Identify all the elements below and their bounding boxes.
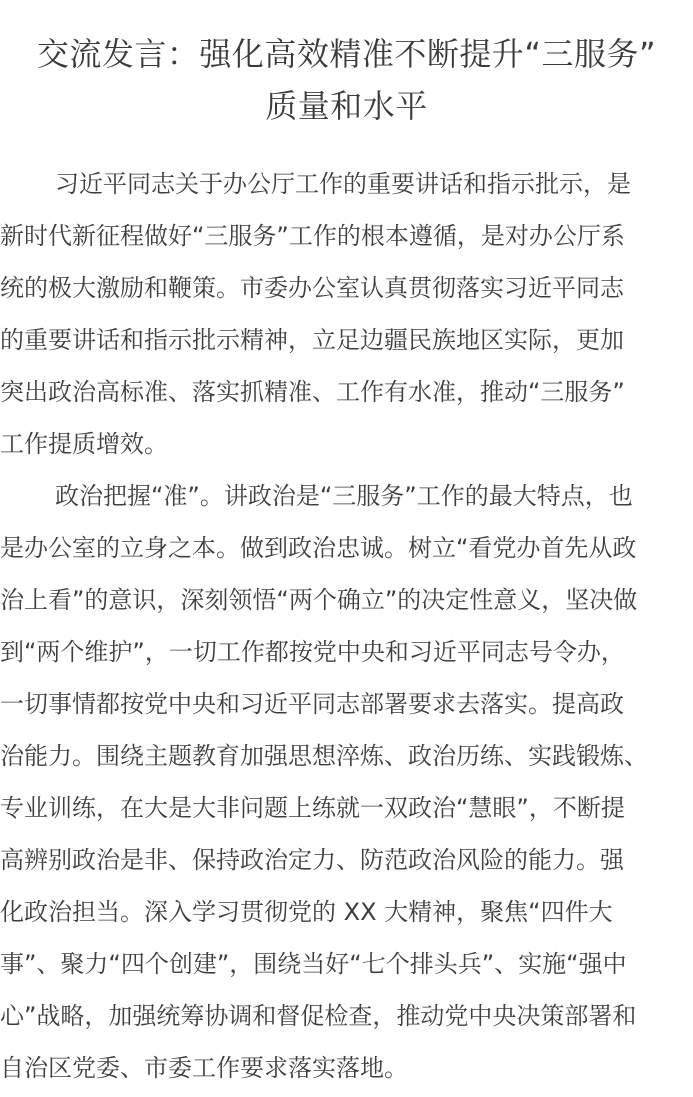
text-line: 高辨别政治是非、保持政治定力、防范政治风险的能力。强 [0, 834, 693, 886]
text-line: 的重要讲话和指示批示精神，立足边疆民族地区实际，更加 [0, 314, 693, 366]
text-line: 工作提质增效。 [0, 418, 693, 470]
text-line: 治能力。围绕主题教育加强思想淬炼、政治历练、实践锻炼、 [0, 730, 693, 782]
text-line: 一切事情都按党中央和习近平同志部署要求去落实。提高政 [0, 678, 693, 730]
text-line: 自治区党委、市委工作要求落实落地。 [0, 1042, 693, 1094]
paragraph-intro: 习近平同志关于办公厅工作的重要讲话和指示批示，是 新时代新征程做好“三服务”工作… [0, 158, 693, 470]
text-line: 是办公室的立身之本。做到政治忠诚。树立“看党办首先从政 [0, 522, 693, 574]
title-line: 质量和水平 [0, 80, 693, 132]
paragraph-political-grasp: 政治把握“准”。讲政治是“三服务”工作的最大特点，也 是办公室的立身之本。做到政… [0, 470, 693, 1094]
text-line: 统的极大激励和鞭策。市委办公室认真贯彻落实习近平同志 [0, 262, 693, 314]
text-line: 治上看”的意识，深刻领悟“两个确立”的决定性意义，坚决做 [0, 574, 693, 626]
article-title: 交流发言：强化高效精准不断提升“三服务” 质量和水平 [0, 0, 693, 132]
text-line: 政治把握“准”。讲政治是“三服务”工作的最大特点，也 [0, 470, 693, 522]
article-body: 习近平同志关于办公厅工作的重要讲话和指示批示，是 新时代新征程做好“三服务”工作… [0, 158, 693, 1094]
text-line: 新时代新征程做好“三服务”工作的根本遵循，是对办公厅系 [0, 210, 693, 262]
text-line: 习近平同志关于办公厅工作的重要讲话和指示批示，是 [0, 158, 693, 210]
text-line: 专业训练，在大是大非问题上练就一双政治“慧眼”，不断提 [0, 782, 693, 834]
title-line: 交流发言：强化高效精准不断提升“三服务” [0, 28, 693, 80]
text-line: 突出政治高标准、落实抓精准、工作有水准，推动“三服务” [0, 366, 693, 418]
text-line: 心”战略，加强统筹协调和督促检查，推动党中央决策部署和 [0, 990, 693, 1042]
text-line: 到“两个维护”，一切工作都按党中央和习近平同志号令办， [0, 626, 693, 678]
text-line: 化政治担当。深入学习贯彻党的 XX 大精神，聚焦“四件大 [0, 886, 693, 938]
text-line: 事”、聚力“四个创建”，围绕当好“七个排头兵”、实施“强中 [0, 938, 693, 990]
article: 交流发言：强化高效精准不断提升“三服务” 质量和水平 习近平同志关于办公厅工作的… [0, 0, 693, 1094]
